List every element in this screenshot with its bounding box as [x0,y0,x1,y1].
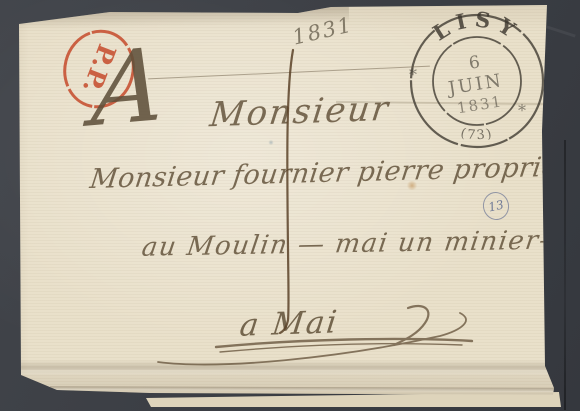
postmark-ornament-right-icon: * [518,101,526,120]
bottom-flap [20,371,555,397]
svg-text:LISY: LISY [428,10,526,45]
svg-text:(73): (73) [459,126,495,143]
circled-number-value: 13 [487,198,505,215]
signature-flourish [140,300,520,370]
circular-datestamp-icon: LISY (73) 6 JUIN 1831 * * [406,10,548,152]
address-salutation-initial: A [89,34,166,141]
photo-background: P.P. LISY (73) 6 JUIN [0,0,580,411]
vertical-ink-fold-line [270,48,310,338]
letter-paper: P.P. LISY (73) 6 JUIN [0,0,580,411]
postmark-ornament-left-icon: * [409,65,417,84]
postmark-day: 6 [467,52,481,73]
background-scratch [546,25,575,37]
background-seam [564,140,566,410]
postmark-department: (73) [459,126,495,143]
postmark-town: LISY [428,10,526,45]
